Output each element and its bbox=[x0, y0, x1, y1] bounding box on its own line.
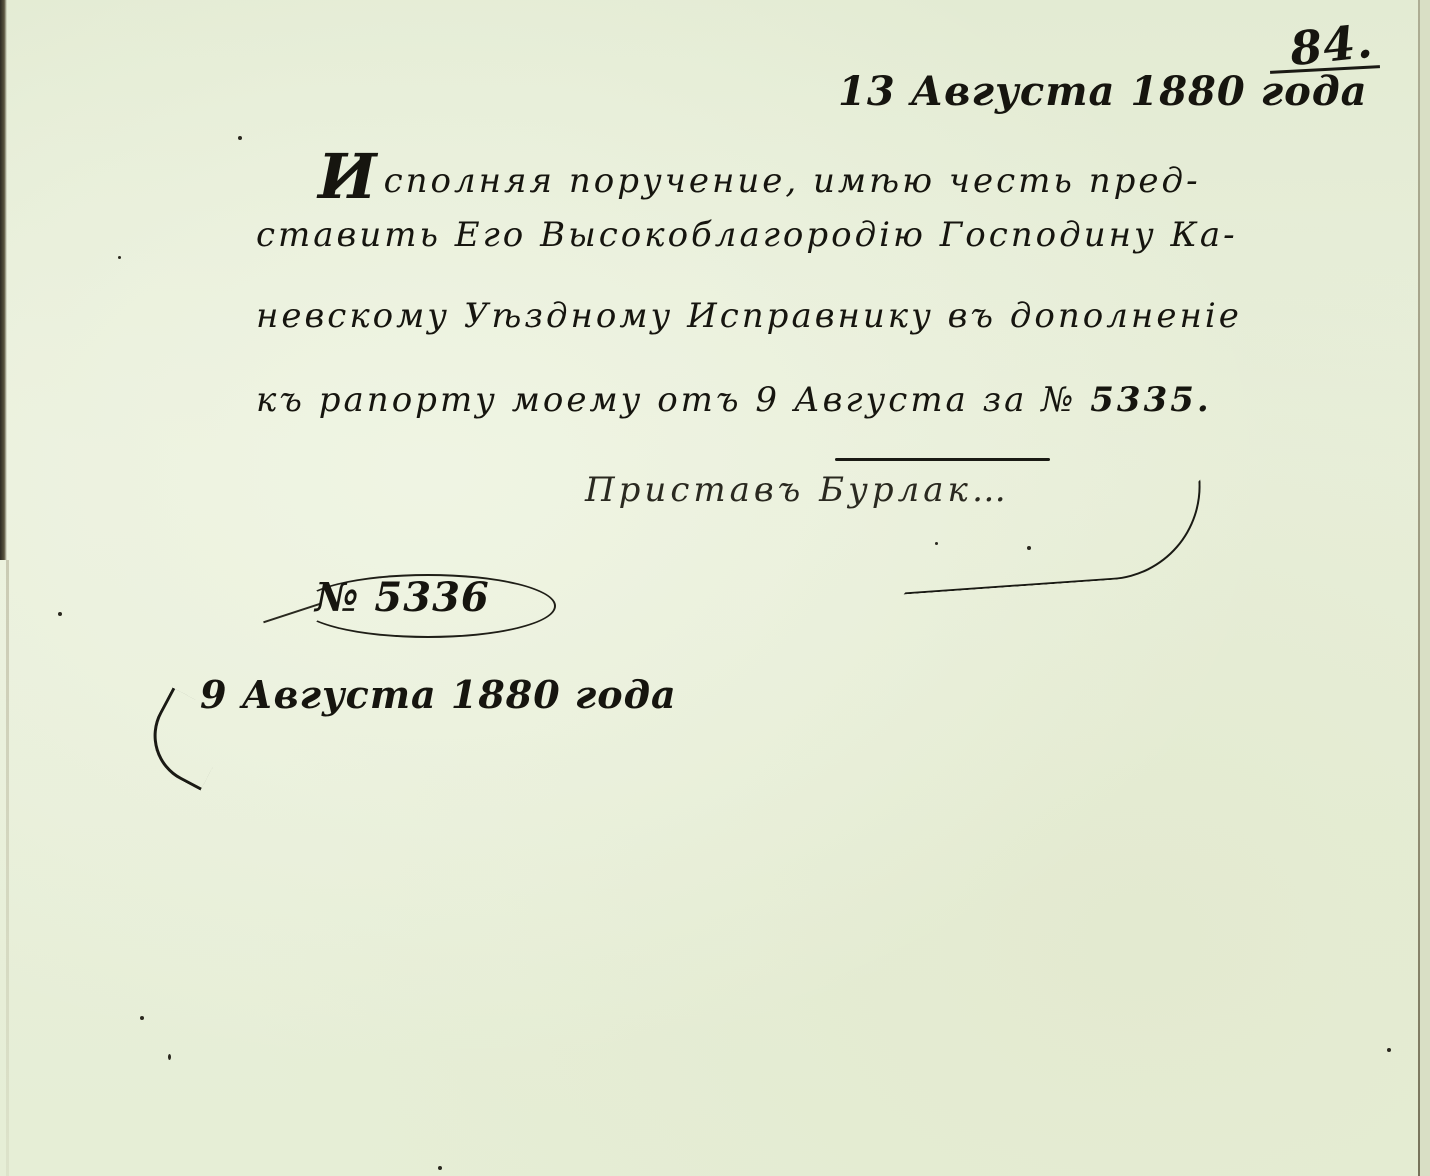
body-line-1-text: сполняя поручение, имѣю честь пред- bbox=[384, 161, 1201, 201]
ink-speck bbox=[1027, 546, 1031, 550]
next-page-edge bbox=[1420, 0, 1430, 1176]
outgoing-date: 9 Августа 1880 года bbox=[200, 672, 677, 717]
drop-initial: И bbox=[318, 140, 380, 213]
body-line-4: къ рапорту моему отъ 9 Августа за № 5335… bbox=[256, 380, 1212, 420]
body-line-3: невскому Уѣздному Исправнику въ дополнен… bbox=[256, 296, 1242, 336]
signature-flourish bbox=[897, 480, 1207, 595]
ink-speck bbox=[1387, 1048, 1391, 1052]
body-line-1: Исполняя поручение, имѣю честь пред- bbox=[318, 140, 1201, 213]
ink-speck bbox=[140, 1016, 144, 1020]
body-line-2: ставить Его Высокоблагородію Господину К… bbox=[256, 215, 1238, 255]
ink-speck bbox=[118, 256, 121, 259]
ink-speck bbox=[58, 612, 62, 616]
ink-speck bbox=[935, 542, 938, 545]
report-reference-number: 5335. bbox=[1090, 380, 1211, 420]
ink-speck bbox=[238, 136, 242, 140]
body-line-4-text: къ рапорту моему отъ 9 Августа за № bbox=[256, 380, 1090, 420]
outgoing-number: № 5336 bbox=[315, 574, 490, 621]
header-date: 13 Августа 1880 года bbox=[838, 68, 1368, 115]
ink-speck bbox=[168, 1054, 171, 1060]
signature-rule bbox=[835, 458, 1050, 461]
document-page: 84. 13 Августа 1880 года Исполняя поруче… bbox=[0, 0, 1430, 1176]
binding-edge bbox=[0, 0, 7, 560]
ink-speck bbox=[438, 1166, 442, 1170]
binding-edge-shadow bbox=[6, 560, 9, 1176]
